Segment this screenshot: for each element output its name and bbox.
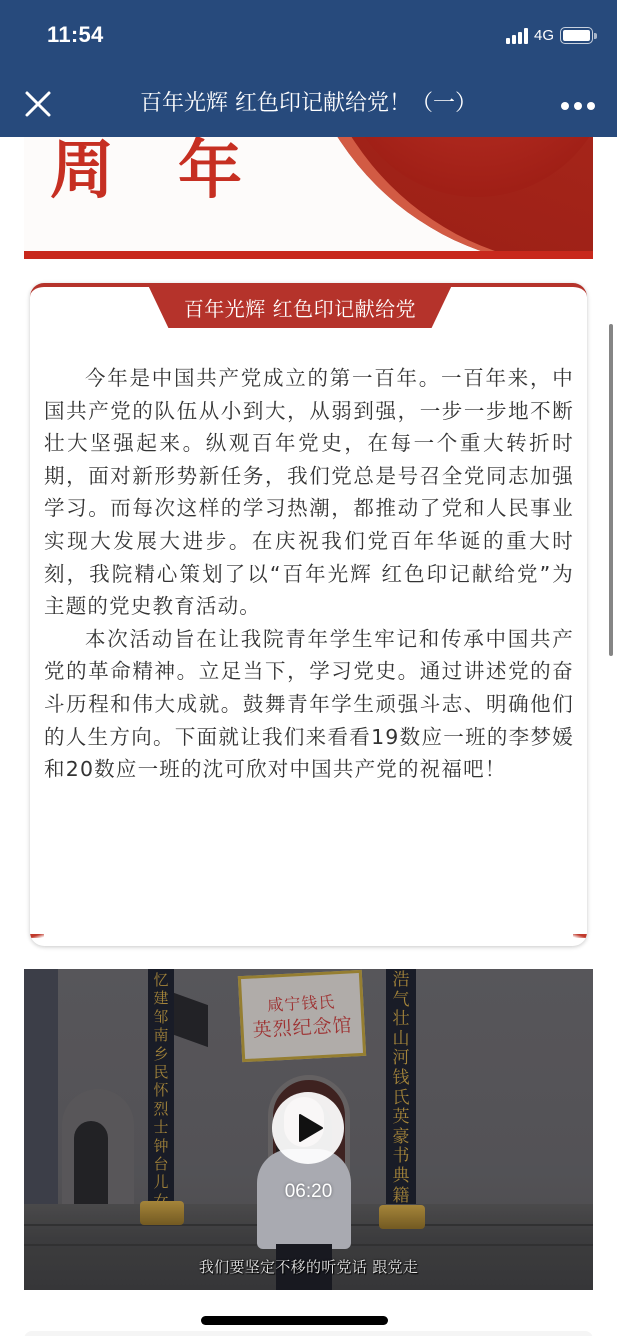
- page-title: 百年光辉 红色印记献给党！（一）: [90, 88, 527, 120]
- more-options-button[interactable]: [559, 96, 597, 116]
- signal-bars-icon: [506, 28, 528, 44]
- card-corner-decoration-left: [30, 934, 44, 938]
- card-ribbon: 百年光辉 红色印记献给党: [147, 283, 453, 328]
- card-body: 今年是中国共产党成立的第一百年。一百年来，中国共产党的队伍从小到大，从弱到强，一…: [44, 362, 574, 786]
- video-duration: 06:20: [24, 1181, 593, 1203]
- card-ribbon-title: 百年光辉 红色印记献给党: [184, 289, 416, 322]
- top-bar: 11:54 4G 百年光辉 红色印记献给党！（一）: [0, 0, 617, 137]
- close-button[interactable]: [22, 88, 54, 120]
- banner-text: 周年: [50, 137, 306, 211]
- play-button[interactable]: [272, 1092, 344, 1164]
- home-indicator[interactable]: [201, 1316, 388, 1325]
- video-player[interactable]: 咸宁钱氏 英烈纪念馆 忆建邹南乡民怀烈士钟台儿女仰雄风 浩气壮山河钱氏英豪书典籍…: [24, 969, 593, 1290]
- header-banner-image: 周年: [24, 137, 593, 259]
- status-time: 11:54: [47, 22, 104, 48]
- intro-paragraph-1: 今年是中国共产党成立的第一百年。一百年来，中国共产党的队伍从小到大，从弱到强，一…: [44, 362, 574, 623]
- intro-card: 百年光辉 红色印记献给党 今年是中国共产党成立的第一百年。一百年来，中国共产党的…: [30, 283, 587, 946]
- battery-full-icon: [560, 27, 593, 44]
- card-corner-decoration-right: [573, 934, 587, 938]
- status-indicators: 4G: [506, 27, 593, 44]
- play-icon: [298, 1113, 324, 1143]
- intro-paragraph-2: 本次活动旨在让我院青年学生牢记和传承中国共产党的革命精神。立足当下，学习党史。通…: [44, 623, 574, 786]
- video-subtitle: 我们要坚定不移的听党话 跟党走: [24, 1256, 593, 1277]
- more-dots-icon: [561, 102, 569, 110]
- scrollbar[interactable]: [609, 324, 613, 656]
- banner-red-bar: [24, 251, 593, 259]
- network-type: 4G: [534, 27, 554, 44]
- close-icon: [22, 88, 54, 120]
- next-content-edge: [24, 1331, 593, 1336]
